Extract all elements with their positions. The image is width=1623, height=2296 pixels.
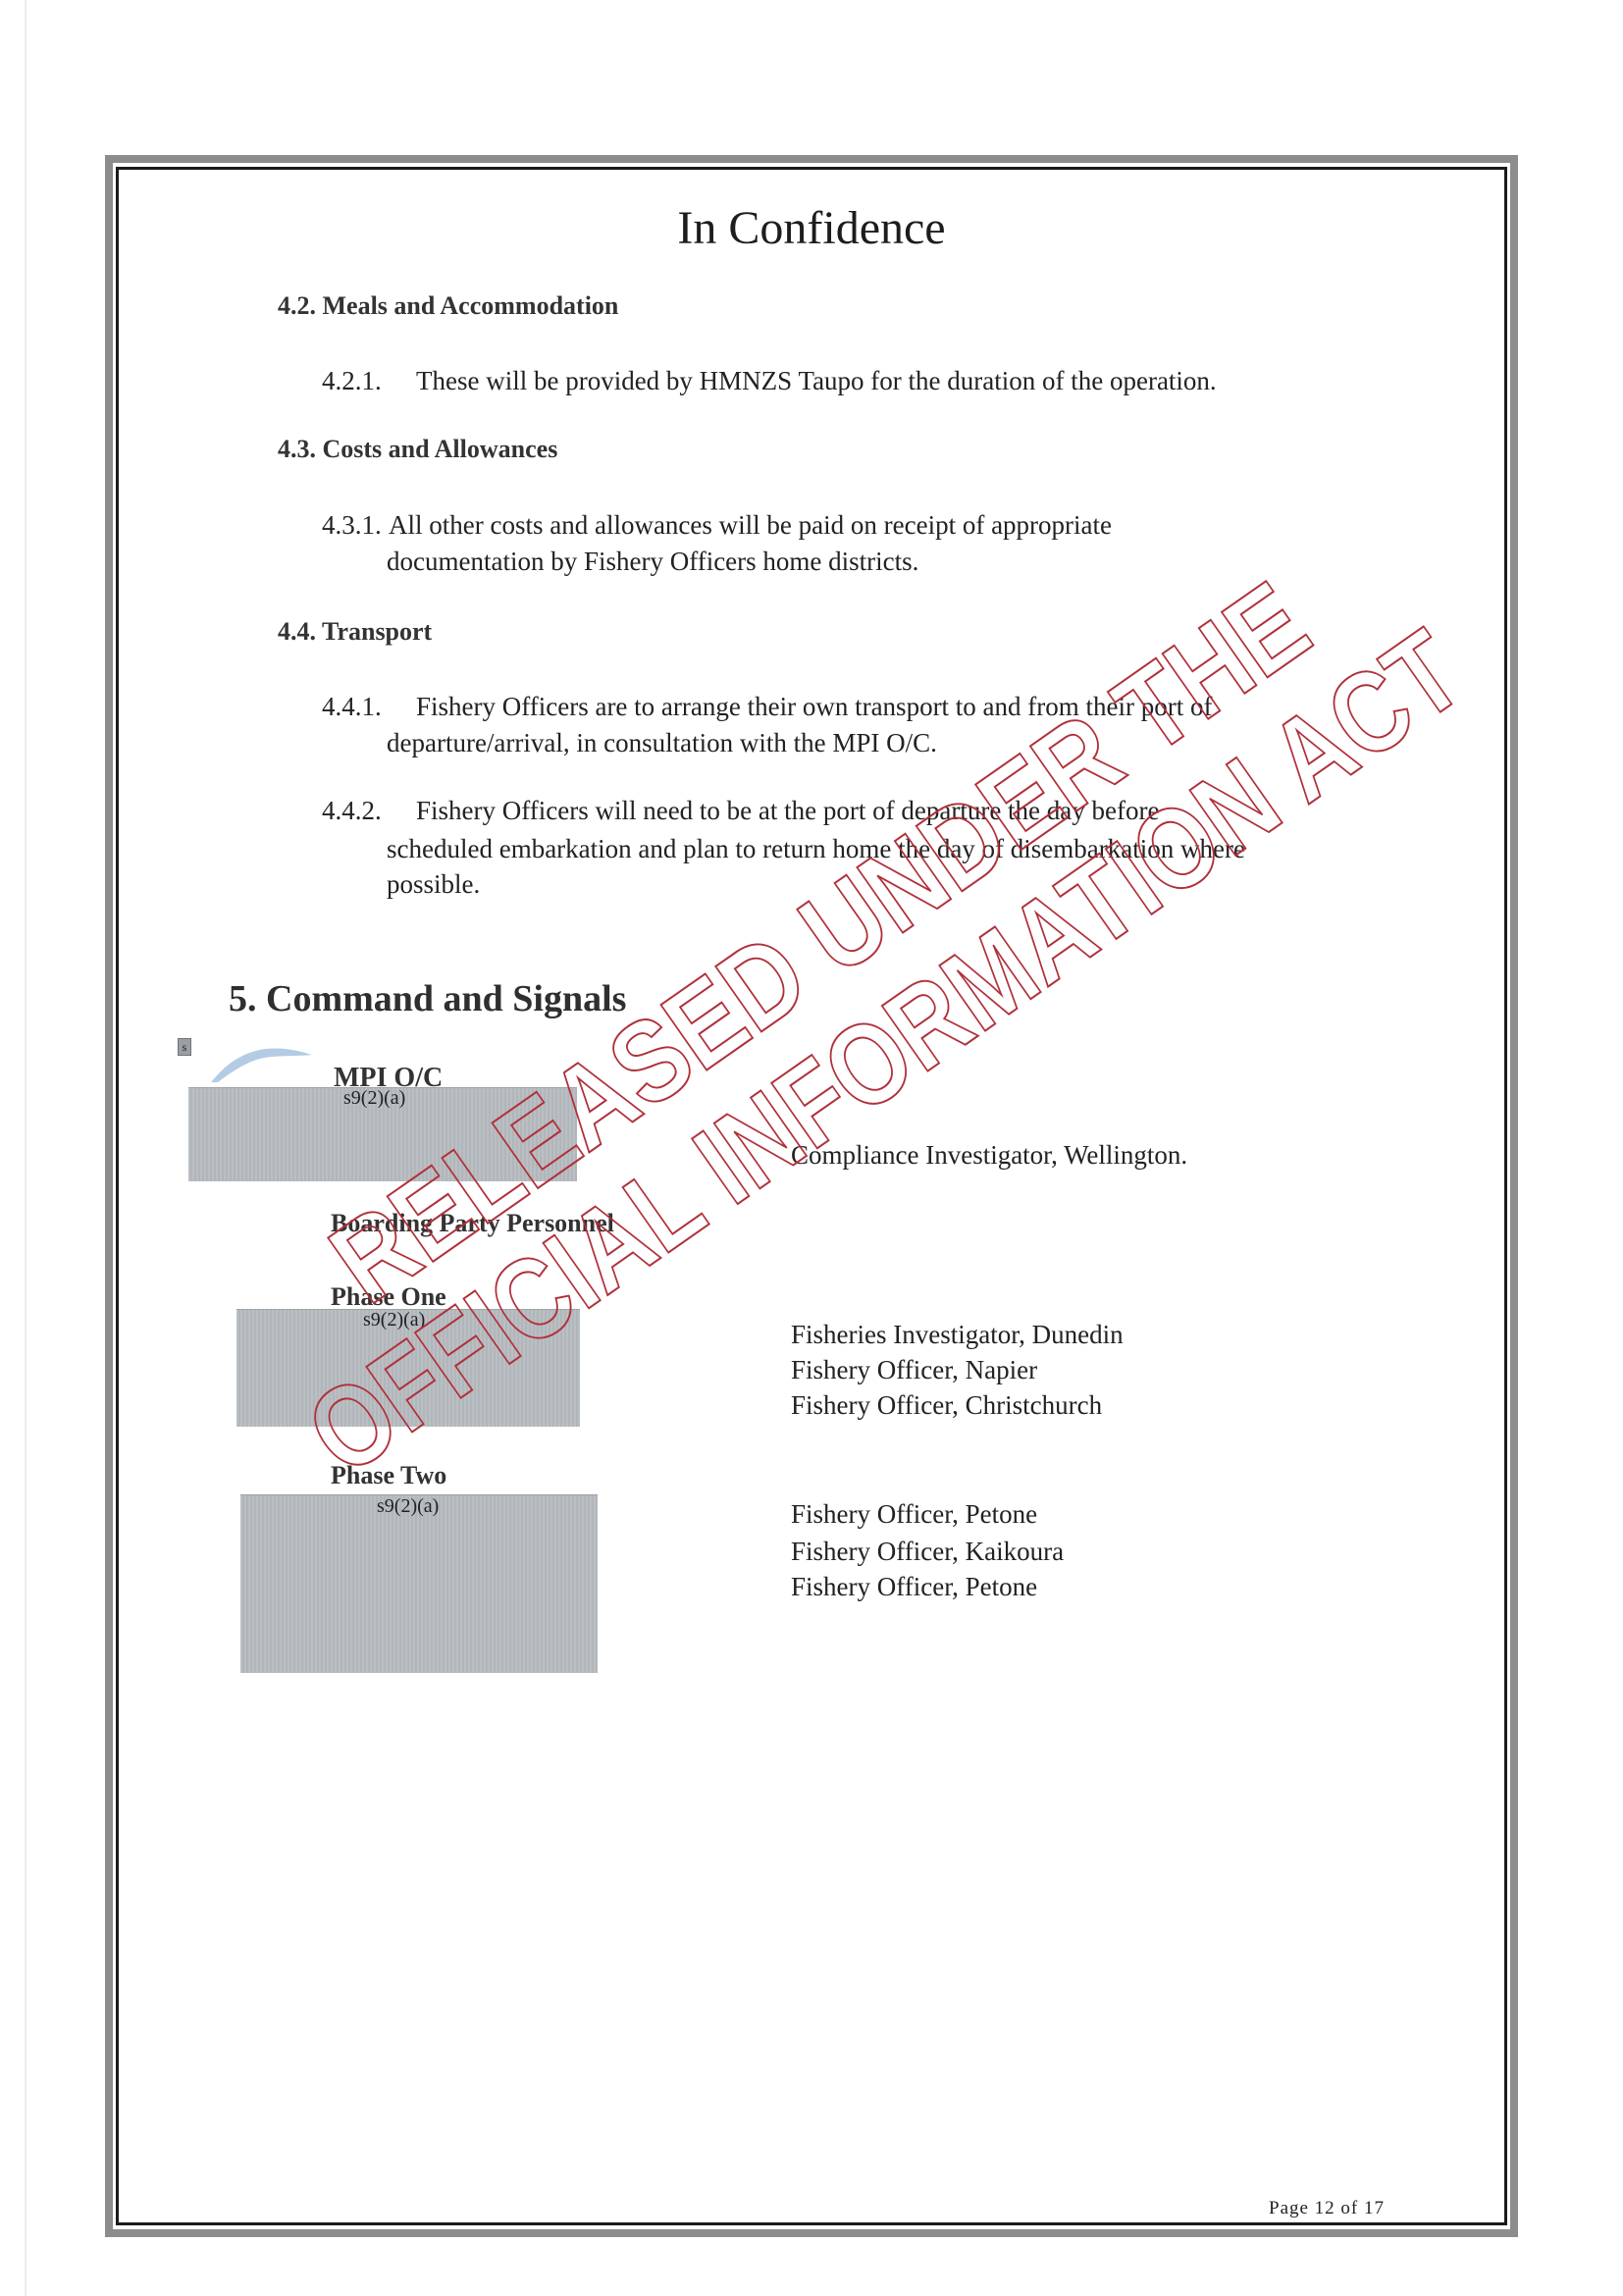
paragraph-4-3-1: 4.3.1.All other costs and allowances wil… (322, 510, 1112, 541)
paragraph-text: All other costs and allowances will be p… (389, 510, 1112, 540)
paragraph-4-4-2-line2: scheduled embarkation and plan to return… (387, 834, 1245, 864)
section-heading-4-4: 4.4. Transport (278, 617, 432, 647)
page-title: In Confidence (0, 201, 1623, 255)
phase-two-role-3: Fishery Officer, Petone (791, 1572, 1037, 1602)
phase-two-label: Phase Two (331, 1461, 446, 1490)
phase-one-label: Phase One (331, 1282, 446, 1312)
paragraph-text: Fishery Officers are to arrange their ow… (416, 692, 1213, 721)
section-heading-4-3: 4.3. Costs and Allowances (278, 435, 557, 464)
paragraph-text: These will be provided by HMNZS Taupo fo… (416, 366, 1217, 395)
mpi-oc-role: Compliance Investigator, Wellington. (791, 1140, 1187, 1171)
phase-two-role-1: Fishery Officer, Petone (791, 1499, 1037, 1530)
section-heading-4-2: 4.2. Meals and Accommodation (278, 291, 618, 321)
brush-mark-icon (206, 1045, 314, 1084)
page-number: Page 12 of 17 (1269, 2198, 1385, 2219)
paragraph-number: 4.4.1. (322, 692, 416, 722)
redaction-code: s9(2)(a) (363, 1309, 425, 1331)
phase-one-role-3: Fishery Officer, Christchurch (791, 1390, 1102, 1421)
boarding-party-label: Boarding Party Personnel (331, 1209, 614, 1238)
paragraph-4-4-1: 4.4.1.Fishery Officers are to arrange th… (322, 692, 1213, 722)
paragraph-4-4-2-line3: possible. (387, 869, 480, 900)
section-heading-5: 5. Command and Signals (229, 977, 626, 1020)
paragraph-number: 4.4.2. (322, 796, 416, 826)
paragraph-4-4-1-line2: departure/arrival, in consultation with … (387, 728, 937, 758)
paragraph-number: 4.3.1. (322, 510, 389, 541)
redaction-code: s9(2)(a) (377, 1495, 439, 1518)
redaction-code: s9(2)(a) (343, 1087, 405, 1110)
phase-one-role-2: Fishery Officer, Napier (791, 1355, 1037, 1385)
paragraph-4-3-1-line2: documentation by Fishery Officers home d… (387, 547, 918, 577)
phase-two-role-2: Fishery Officer, Kaikoura (791, 1537, 1064, 1567)
paragraph-text: Fishery Officers will need to be at the … (416, 796, 1159, 825)
scan-edge (25, 0, 26, 2296)
paragraph-4-2-1: 4.2.1.These will be provided by HMNZS Ta… (322, 366, 1217, 396)
redaction-box-phase-two (240, 1494, 598, 1673)
paragraph-number: 4.2.1. (322, 366, 416, 396)
phase-one-role-1: Fisheries Investigator, Dunedin (791, 1320, 1124, 1350)
document-icon: s (178, 1038, 191, 1056)
paragraph-4-4-2: 4.4.2.Fishery Officers will need to be a… (322, 796, 1159, 826)
page-frame-inner (116, 167, 1507, 2225)
